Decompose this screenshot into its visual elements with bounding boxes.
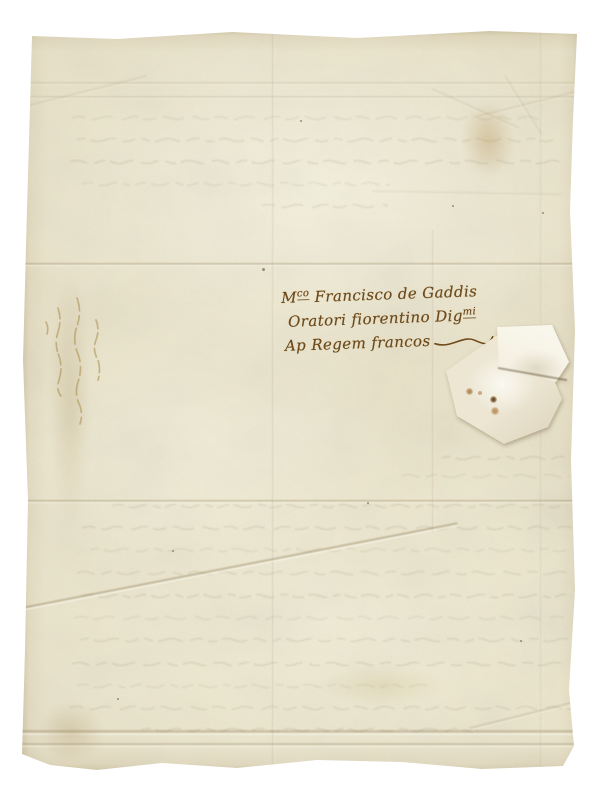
stain-left-band — [50, 270, 90, 530]
crease-top-2 — [22, 96, 579, 99]
wrinkle-top-right-1 — [431, 88, 519, 130]
speck — [117, 698, 119, 700]
sheen-bottom-middle — [322, 666, 442, 706]
stain-bottom-left — [38, 702, 104, 762]
fold-horizontal-upper — [22, 263, 579, 266]
crease-diagonal-corner — [470, 698, 579, 731]
crease-right-mid — [372, 190, 562, 197]
fold-vertical-right — [432, 230, 435, 532]
crease-diagonal-lower — [22, 522, 458, 612]
manuscript-letter-verso: Mco Francisco de Gaddis Oratori fiorenti… — [22, 30, 579, 772]
speck — [172, 550, 174, 552]
wrinkle-top-right-2 — [474, 89, 579, 119]
speck — [367, 502, 369, 504]
crease-bottom-1 — [22, 730, 579, 735]
photograph: Mco Francisco de Gaddis Oratori fiorenti… — [0, 0, 602, 800]
seal-paper-remnant — [442, 322, 576, 452]
speck — [542, 212, 544, 214]
stain-right-upper — [462, 102, 514, 176]
seal-spot — [490, 396, 497, 403]
superscript: mi — [462, 306, 476, 318]
speck — [300, 120, 302, 122]
speck — [452, 205, 454, 207]
seal-spot — [478, 391, 482, 395]
wrinkle-top-right-3 — [502, 75, 542, 136]
superscript: co — [297, 288, 310, 300]
speck — [262, 268, 265, 271]
seal-spot — [491, 407, 499, 415]
crease-top-1 — [22, 82, 579, 85]
fold-horizontal-lower — [22, 500, 579, 503]
speck — [520, 640, 522, 642]
fold-vertical-left — [272, 30, 275, 772]
seal-spot — [466, 388, 473, 395]
crease-bottom-2 — [22, 743, 579, 747]
wrinkle-top-left — [30, 75, 147, 108]
